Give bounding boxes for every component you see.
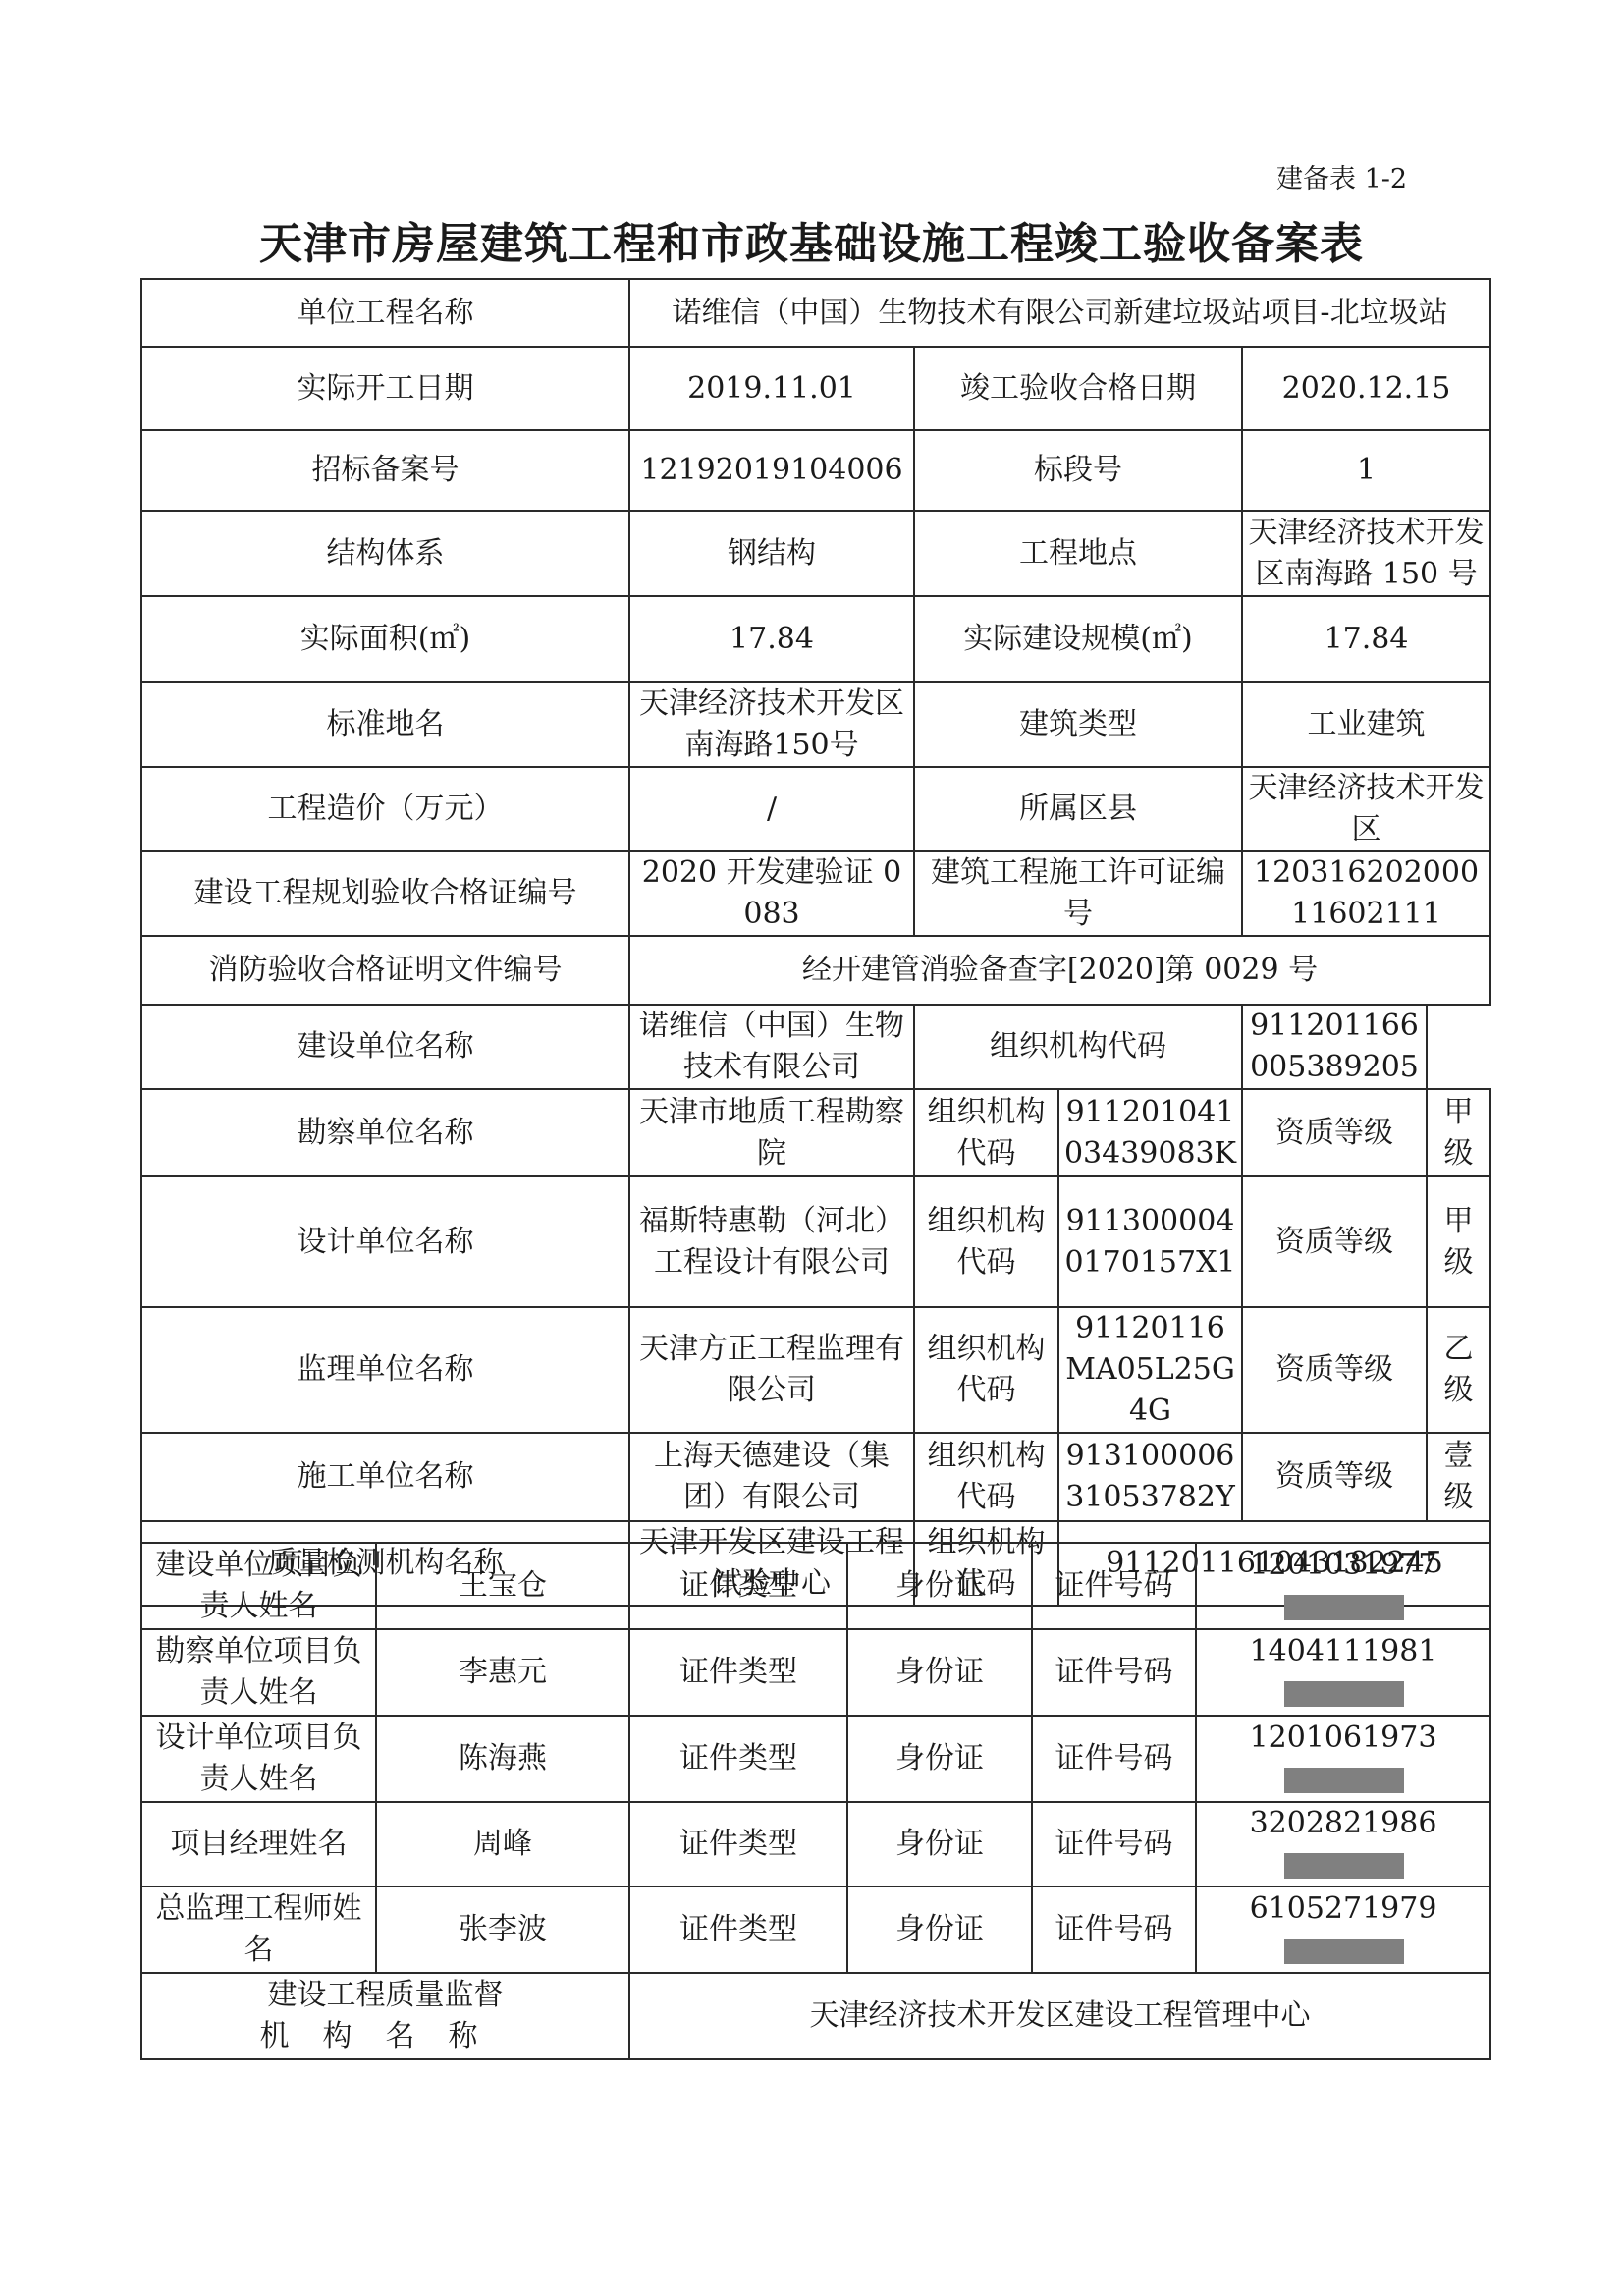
row-org-survey: 勘察单位名称 天津市地质工程勘察院 组织机构代码 911201041034390… xyxy=(141,1089,1490,1176)
org-name: 天津方正工程监理有限公司 xyxy=(629,1307,914,1433)
id-no-label: 证件号码 xyxy=(1032,1716,1196,1802)
person-name: 陈海燕 xyxy=(376,1716,629,1802)
label: 招标备案号 xyxy=(141,430,629,511)
org-code-label: 组织机构代码 xyxy=(914,1307,1058,1433)
role: 项目经理姓名 xyxy=(141,1802,376,1886)
id-type: 身份证 xyxy=(847,1802,1032,1886)
label: 工程造价（万元） xyxy=(141,767,629,851)
row-address: 标准地名 天津经济技术开发区南海路150号 建筑类型 工业建筑 xyxy=(141,682,1490,767)
value: 2020 开发建验证 0083 xyxy=(629,851,914,936)
org-name: 诺维信（中国）生物技术有限公司 xyxy=(629,1005,914,1089)
org-code-label: 组织机构代码 xyxy=(914,1005,1242,1089)
id-no-label: 证件号码 xyxy=(1032,1886,1196,1973)
grade: 甲级 xyxy=(1427,1176,1490,1307)
label: 消防验收合格证明文件编号 xyxy=(141,936,629,1005)
value: 17.84 xyxy=(1242,596,1490,682)
id-no-cell: 1404111981 xyxy=(1196,1629,1490,1716)
grade: 壹级 xyxy=(1427,1433,1490,1521)
id-no: 1201061973 xyxy=(1250,1721,1437,1755)
role: 建设单位项目负责人姓名 xyxy=(141,1543,376,1629)
label: 勘察单位名称 xyxy=(141,1089,629,1176)
label: 施工单位名称 xyxy=(141,1433,629,1521)
supervision-label-line2: 机构名称 xyxy=(146,2016,624,2057)
org-code-label: 组织机构代码 xyxy=(914,1176,1058,1307)
person-name: 周峰 xyxy=(376,1802,629,1886)
role: 勘察单位项目负责人姓名 xyxy=(141,1629,376,1716)
org-name: 福斯特惠勒（河北）工程设计有限公司 xyxy=(629,1176,914,1307)
id-no-cell: 3202821986 xyxy=(1196,1802,1490,1886)
id-no: 1201031977 xyxy=(1250,1548,1437,1582)
id-no-label: 证件号码 xyxy=(1032,1629,1196,1716)
row-org-design: 设计单位名称 福斯特惠勒（河北）工程设计有限公司 组织机构代码 91130000… xyxy=(141,1176,1490,1307)
org-code: 91120116MA05L25G4G xyxy=(1058,1307,1242,1433)
label: 实际面积(㎡) xyxy=(141,596,629,682)
org-code: 91310000631053782Y xyxy=(1058,1433,1242,1521)
value: 2020.12.15 xyxy=(1242,347,1490,430)
label: 建筑工程施工许可证编号 xyxy=(914,851,1242,936)
id-type: 身份证 xyxy=(847,1629,1032,1716)
label: 建设单位名称 xyxy=(141,1005,629,1089)
id-type-label: 证件类型 xyxy=(629,1629,847,1716)
person-name: 王宝仓 xyxy=(376,1543,629,1629)
row-org-contractor: 施工单位名称 上海天德建设（集团）有限公司 组织机构代码 91310000631… xyxy=(141,1433,1490,1521)
row-area: 实际面积(㎡) 17.84 实际建设规模(㎡) 17.84 xyxy=(141,596,1490,682)
grade: 乙级 xyxy=(1427,1307,1490,1433)
value: 天津经济技术开发区南海路 150 号 xyxy=(1242,511,1490,596)
id-no: 1404111981 xyxy=(1250,1634,1437,1668)
document-title: 天津市房屋建筑工程和市政基础设施工程竣工验收备案表 xyxy=(0,208,1623,271)
label: 结构体系 xyxy=(141,511,629,596)
person-row: 总监理工程师姓名 张李波 证件类型 身份证 证件号码 6105271979 xyxy=(141,1886,1490,1973)
value: / xyxy=(629,767,914,851)
org-code: 9113000040170157X1 xyxy=(1058,1176,1242,1307)
redaction-bar xyxy=(1284,1681,1404,1707)
label: 标段号 xyxy=(914,430,1242,511)
grade-label: 资质等级 xyxy=(1242,1089,1427,1176)
grade-label: 资质等级 xyxy=(1242,1433,1427,1521)
person-row: 建设单位项目负责人姓名 王宝仓 证件类型 身份证 证件号码 1201031977 xyxy=(141,1543,1490,1629)
id-type-label: 证件类型 xyxy=(629,1802,847,1886)
redaction-bar xyxy=(1284,1939,1404,1964)
value: 天津经济技术开发区 xyxy=(1242,767,1490,851)
org-name: 上海天德建设（集团）有限公司 xyxy=(629,1433,914,1521)
value: 天津经济技术开发区南海路150号 xyxy=(629,682,914,767)
org-name: 天津市地质工程勘察院 xyxy=(629,1089,914,1176)
label: 所属区县 xyxy=(914,767,1242,851)
person-row: 设计单位项目负责人姓名 陈海燕 证件类型 身份证 证件号码 1201061973 xyxy=(141,1716,1490,1802)
persons-table: 建设单位项目负责人姓名 王宝仓 证件类型 身份证 证件号码 1201031977… xyxy=(140,1542,1491,2060)
value: 工业建筑 xyxy=(1242,682,1490,767)
value: 17.84 xyxy=(629,596,914,682)
label: 建设工程规划验收合格证编号 xyxy=(141,851,629,936)
row-structure: 结构体系 钢结构 工程地点 天津经济技术开发区南海路 150 号 xyxy=(141,511,1490,596)
id-type: 身份证 xyxy=(847,1543,1032,1629)
grade: 甲级 xyxy=(1427,1089,1490,1176)
id-no-label: 证件号码 xyxy=(1032,1802,1196,1886)
row-org-builder: 建设单位名称 诺维信（中国）生物技术有限公司 组织机构代码 9112011660… xyxy=(141,1005,1490,1089)
value: 12031620200011602111 xyxy=(1242,851,1490,936)
label: 监理单位名称 xyxy=(141,1307,629,1433)
id-type-label: 证件类型 xyxy=(629,1716,847,1802)
label: 实际建设规模(㎡) xyxy=(914,596,1242,682)
value: 2019.11.01 xyxy=(629,347,914,430)
redaction-bar xyxy=(1284,1768,1404,1793)
supervision-value: 天津经济技术开发区建设工程管理中心 xyxy=(629,1973,1490,2059)
id-no-cell: 1201061973 xyxy=(1196,1716,1490,1802)
value: 12192019104006 xyxy=(629,430,914,511)
row-tender: 招标备案号 12192019104006 标段号 1 xyxy=(141,430,1490,511)
value: 诺维信（中国）生物技术有限公司新建垃圾站项目-北垃圾站 xyxy=(629,279,1490,347)
row-certs: 建设工程规划验收合格证编号 2020 开发建验证 0083 建筑工程施工许可证编… xyxy=(141,851,1490,936)
redaction-bar xyxy=(1284,1595,1404,1620)
id-no-cell: 6105271979 xyxy=(1196,1886,1490,1973)
person-row: 项目经理姓名 周峰 证件类型 身份证 证件号码 3202821986 xyxy=(141,1802,1490,1886)
person-row: 勘察单位项目负责人姓名 李惠元 证件类型 身份证 证件号码 1404111981 xyxy=(141,1629,1490,1716)
id-no: 3202821986 xyxy=(1250,1806,1437,1840)
value: 钢结构 xyxy=(629,511,914,596)
label: 实际开工日期 xyxy=(141,347,629,430)
label: 设计单位名称 xyxy=(141,1176,629,1307)
label: 单位工程名称 xyxy=(141,279,629,347)
label: 建筑类型 xyxy=(914,682,1242,767)
role: 总监理工程师姓名 xyxy=(141,1886,376,1973)
label: 竣工验收合格日期 xyxy=(914,347,1242,430)
row-unit-project-name: 单位工程名称 诺维信（中国）生物技术有限公司新建垃圾站项目-北垃圾站 xyxy=(141,279,1490,347)
form-code: 建备表 1-2 xyxy=(1276,157,1407,195)
row-fire-cert: 消防验收合格证明文件编号 经开建管消验备查字[2020]第 0029 号 xyxy=(141,936,1490,1005)
id-type-label: 证件类型 xyxy=(629,1886,847,1973)
person-name: 张李波 xyxy=(376,1886,629,1973)
row-dates: 实际开工日期 2019.11.01 竣工验收合格日期 2020.12.15 xyxy=(141,347,1490,430)
grade-label: 资质等级 xyxy=(1242,1307,1427,1433)
supervision-label-line1: 建设工程质量监督 xyxy=(146,1975,624,2016)
org-code: 91120104103439083K xyxy=(1058,1089,1242,1176)
row-org-supervisor: 监理单位名称 天津方正工程监理有限公司 组织机构代码 91120116MA05L… xyxy=(141,1307,1490,1433)
role: 设计单位项目负责人姓名 xyxy=(141,1716,376,1802)
id-type: 身份证 xyxy=(847,1716,1032,1802)
id-no-cell: 1201031977 xyxy=(1196,1543,1490,1629)
supervision-label: 建设工程质量监督 机构名称 xyxy=(141,1973,629,2059)
row-cost: 工程造价（万元） / 所属区县 天津经济技术开发区 xyxy=(141,767,1490,851)
id-type-label: 证件类型 xyxy=(629,1543,847,1629)
org-code-label: 组织机构代码 xyxy=(914,1089,1058,1176)
grade-label: 资质等级 xyxy=(1242,1176,1427,1307)
value: 经开建管消验备查字[2020]第 0029 号 xyxy=(629,936,1490,1005)
value: 1 xyxy=(1242,430,1490,511)
filing-table: 单位工程名称 诺维信（中国）生物技术有限公司新建垃圾站项目-北垃圾站 实际开工日… xyxy=(140,278,1491,1607)
label: 工程地点 xyxy=(914,511,1242,596)
id-no: 6105271979 xyxy=(1250,1891,1437,1926)
redaction-bar xyxy=(1284,1853,1404,1879)
org-code: 911201166005389205 xyxy=(1242,1005,1427,1089)
org-code-label: 组织机构代码 xyxy=(914,1433,1058,1521)
id-no-label: 证件号码 xyxy=(1032,1543,1196,1629)
person-name: 李惠元 xyxy=(376,1629,629,1716)
label: 标准地名 xyxy=(141,682,629,767)
row-supervision-agency: 建设工程质量监督 机构名称 天津经济技术开发区建设工程管理中心 xyxy=(141,1973,1490,2059)
id-type: 身份证 xyxy=(847,1886,1032,1973)
